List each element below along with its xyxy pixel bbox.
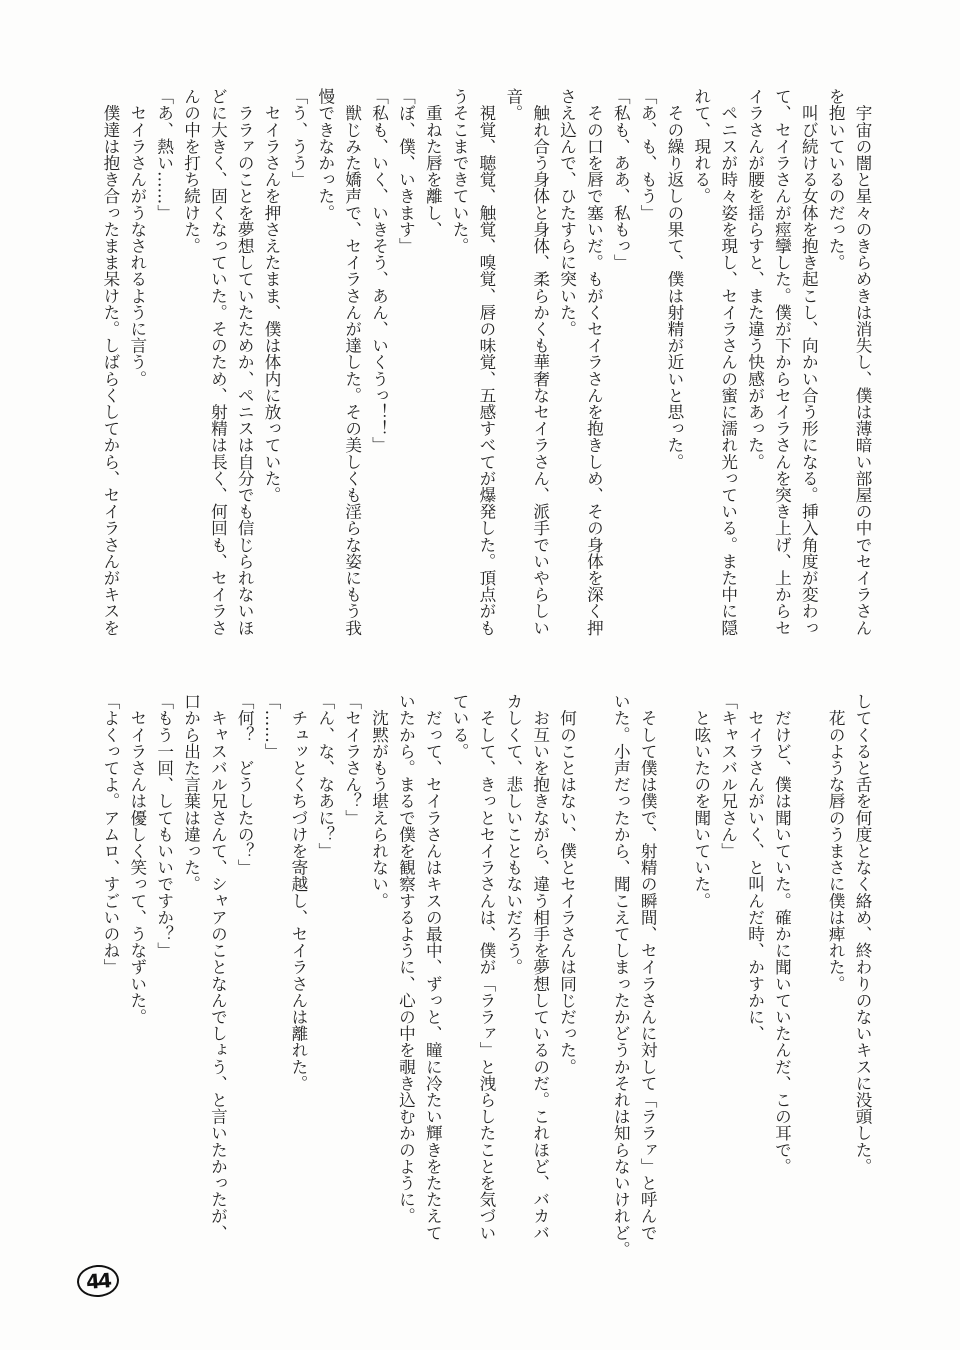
text-line: 獣じみた嬌声で、セイラさんが達した。その美しくも淫らな姿にもう我: [338, 88, 365, 654]
text-line: 重ねた唇を離し、: [418, 88, 445, 654]
text-line: 「セイラさん？」: [338, 693, 365, 1259]
text-line: 慢できなかった。: [311, 88, 338, 654]
text-line: 沈黙がもう堪えられない。: [365, 693, 392, 1259]
text-line: 音。: [499, 88, 526, 654]
text-line: うそこまできていた。: [445, 88, 472, 654]
text-line: を抱いているのだった。: [821, 88, 848, 654]
text-line: セイラさんを押さえたまま、僕は体内に放っていた。: [257, 88, 284, 654]
text-line: キャスバル兄さんて、シャアのことなんでしょう、と言いたかったが、: [204, 693, 231, 1259]
blank-line: [660, 693, 687, 1259]
text-line: ララァのことを夢想していたためか、ペニスは自分でも信じられないほ: [230, 88, 257, 654]
text-line: お互いを抱きながら、違う相手を夢想しているのだ。これほど、バカバ: [526, 693, 553, 1259]
upper-text-block: 宇宙の闇と星々のきらめきは消失し、僕は薄暗い部屋の中でセイラさん を抱いているの…: [96, 88, 875, 654]
text-line: その口を唇で塞いだ。もがくセイラさんを抱きしめ、その身体を深く押: [580, 88, 607, 654]
text-line: 「キャスバル兄さん」: [714, 693, 741, 1259]
text-line: 視覚、聴覚、触覚、嗅覚、唇の味覚、五感すべてが爆発した。頂点がも: [472, 88, 499, 654]
text-line: イラさんが腰を揺らすと、また違う快感があった。: [741, 88, 768, 654]
text-line: 「私も、ああ、私もっ」: [606, 88, 633, 654]
text-line: ペニスが時々姿を現し、セイラさんの蜜に濡れ光っている。また中に隠: [714, 88, 741, 654]
page-number: 44: [76, 1264, 120, 1299]
text-line: 「ん、な、なあに？」: [311, 693, 338, 1259]
text-line: だって、セイラさんはキスの最中、ずっと、瞳に冷たい輝きをたたえて: [418, 693, 445, 1259]
text-line: 「よくってよ。アムロ、すごいのね」: [96, 693, 123, 1259]
text-line: チュッとくちづけを寄越し、セイラさんは離れた。: [284, 693, 311, 1259]
text-line: 「……」: [257, 693, 284, 1259]
text-line: だけど、僕は聞いていた。確かに聞いていたんだ、この耳で。: [768, 693, 795, 1259]
text-line: さえ込んで、ひたすらに突いた。: [553, 88, 580, 654]
text-line: そして、きっとセイラさんは、僕が「ララァ」と洩らしたことを気づい: [472, 693, 499, 1259]
text-line: 花のような唇のうまさに僕は痺れた。: [821, 693, 848, 1259]
text-line: ている。: [445, 693, 472, 1259]
text-line: 「ぼ、僕、いきます」: [392, 88, 419, 654]
text-line: んの中を打ち続けた。: [177, 88, 204, 654]
text-line: 「何？ どうしたの？」: [230, 693, 257, 1259]
text-line: れて、現れる。: [687, 88, 714, 654]
lower-text-block: してくると舌を何度となく絡め、終わりのないキスに没頭した。 花のような唇のうまさ…: [96, 693, 875, 1259]
text-line: 「もう一回、してもいいですか？」: [150, 693, 177, 1259]
text-line: カしくて、悲しいこともないだろう。: [499, 693, 526, 1259]
blank-line: [794, 693, 821, 1259]
text-line: そして僕は僕で、射精の瞬間、セイラさんに対して「ララァ」と呼んで: [633, 693, 660, 1259]
text-line: 何のことはない、僕とセイラさんは同じだった。: [553, 693, 580, 1259]
blank-line: [580, 693, 607, 1259]
text-line: してくると舌を何度となく絡め、終わりのないキスに没頭した。: [848, 693, 875, 1259]
text-line: いた。小声だったから、聞こえてしまったかどうかそれは知らないけれど。: [606, 693, 633, 1259]
text-line: セイラさんがうなされるように言う。: [123, 88, 150, 654]
text-line: 「あ、も、もう」: [633, 88, 660, 654]
text-line: その繰り返しの果て、僕は射精が近いと思った。: [660, 88, 687, 654]
text-line: セイラさんがいく、と叫んだ時、かすかに、: [741, 693, 768, 1259]
text-line: 宇宙の闇と星々のきらめきは消失し、僕は薄暗い部屋の中でセイラさん: [848, 88, 875, 654]
text-line: と呟いたのを聞いていた。: [687, 693, 714, 1259]
text-line: 触れ合う身体と身体、柔らかくも華奢なセイラさん、派手でいやらしい: [526, 88, 553, 654]
text-line: 口から出た言葉は違った。: [177, 693, 204, 1259]
text-line: セイラさんは優しく笑って、うなずいた。: [123, 693, 150, 1259]
text-line: いたから。まるで僕を観察するように、心の中を覗き込むかのように。: [392, 693, 419, 1259]
text-line: て、セイラさんが痙攣した。僕が下からセイラさんを突き上げ、上からセ: [768, 88, 795, 654]
text-line: 叫び続ける女体を抱き起こし、向かい合う形になる。挿入角度が変わっ: [794, 88, 821, 654]
book-page: 宇宙の闇と星々のきらめきは消失し、僕は薄暗い部屋の中でセイラさん を抱いているの…: [0, 0, 960, 1350]
text-line: どに大きく、固くなっていた。そのため、射精は長く、何回も、セイラさ: [204, 88, 231, 654]
text-line: 「私も、いく、いきそう、あん、いくうっ！！」: [365, 88, 392, 654]
text-line: 僕達は抱き合ったまま呆けた。しばらくしてから、セイラさんがキスを: [96, 88, 123, 654]
text-line: 「う、うう」: [284, 88, 311, 654]
text-line: 「あ、熱い……」: [150, 88, 177, 654]
